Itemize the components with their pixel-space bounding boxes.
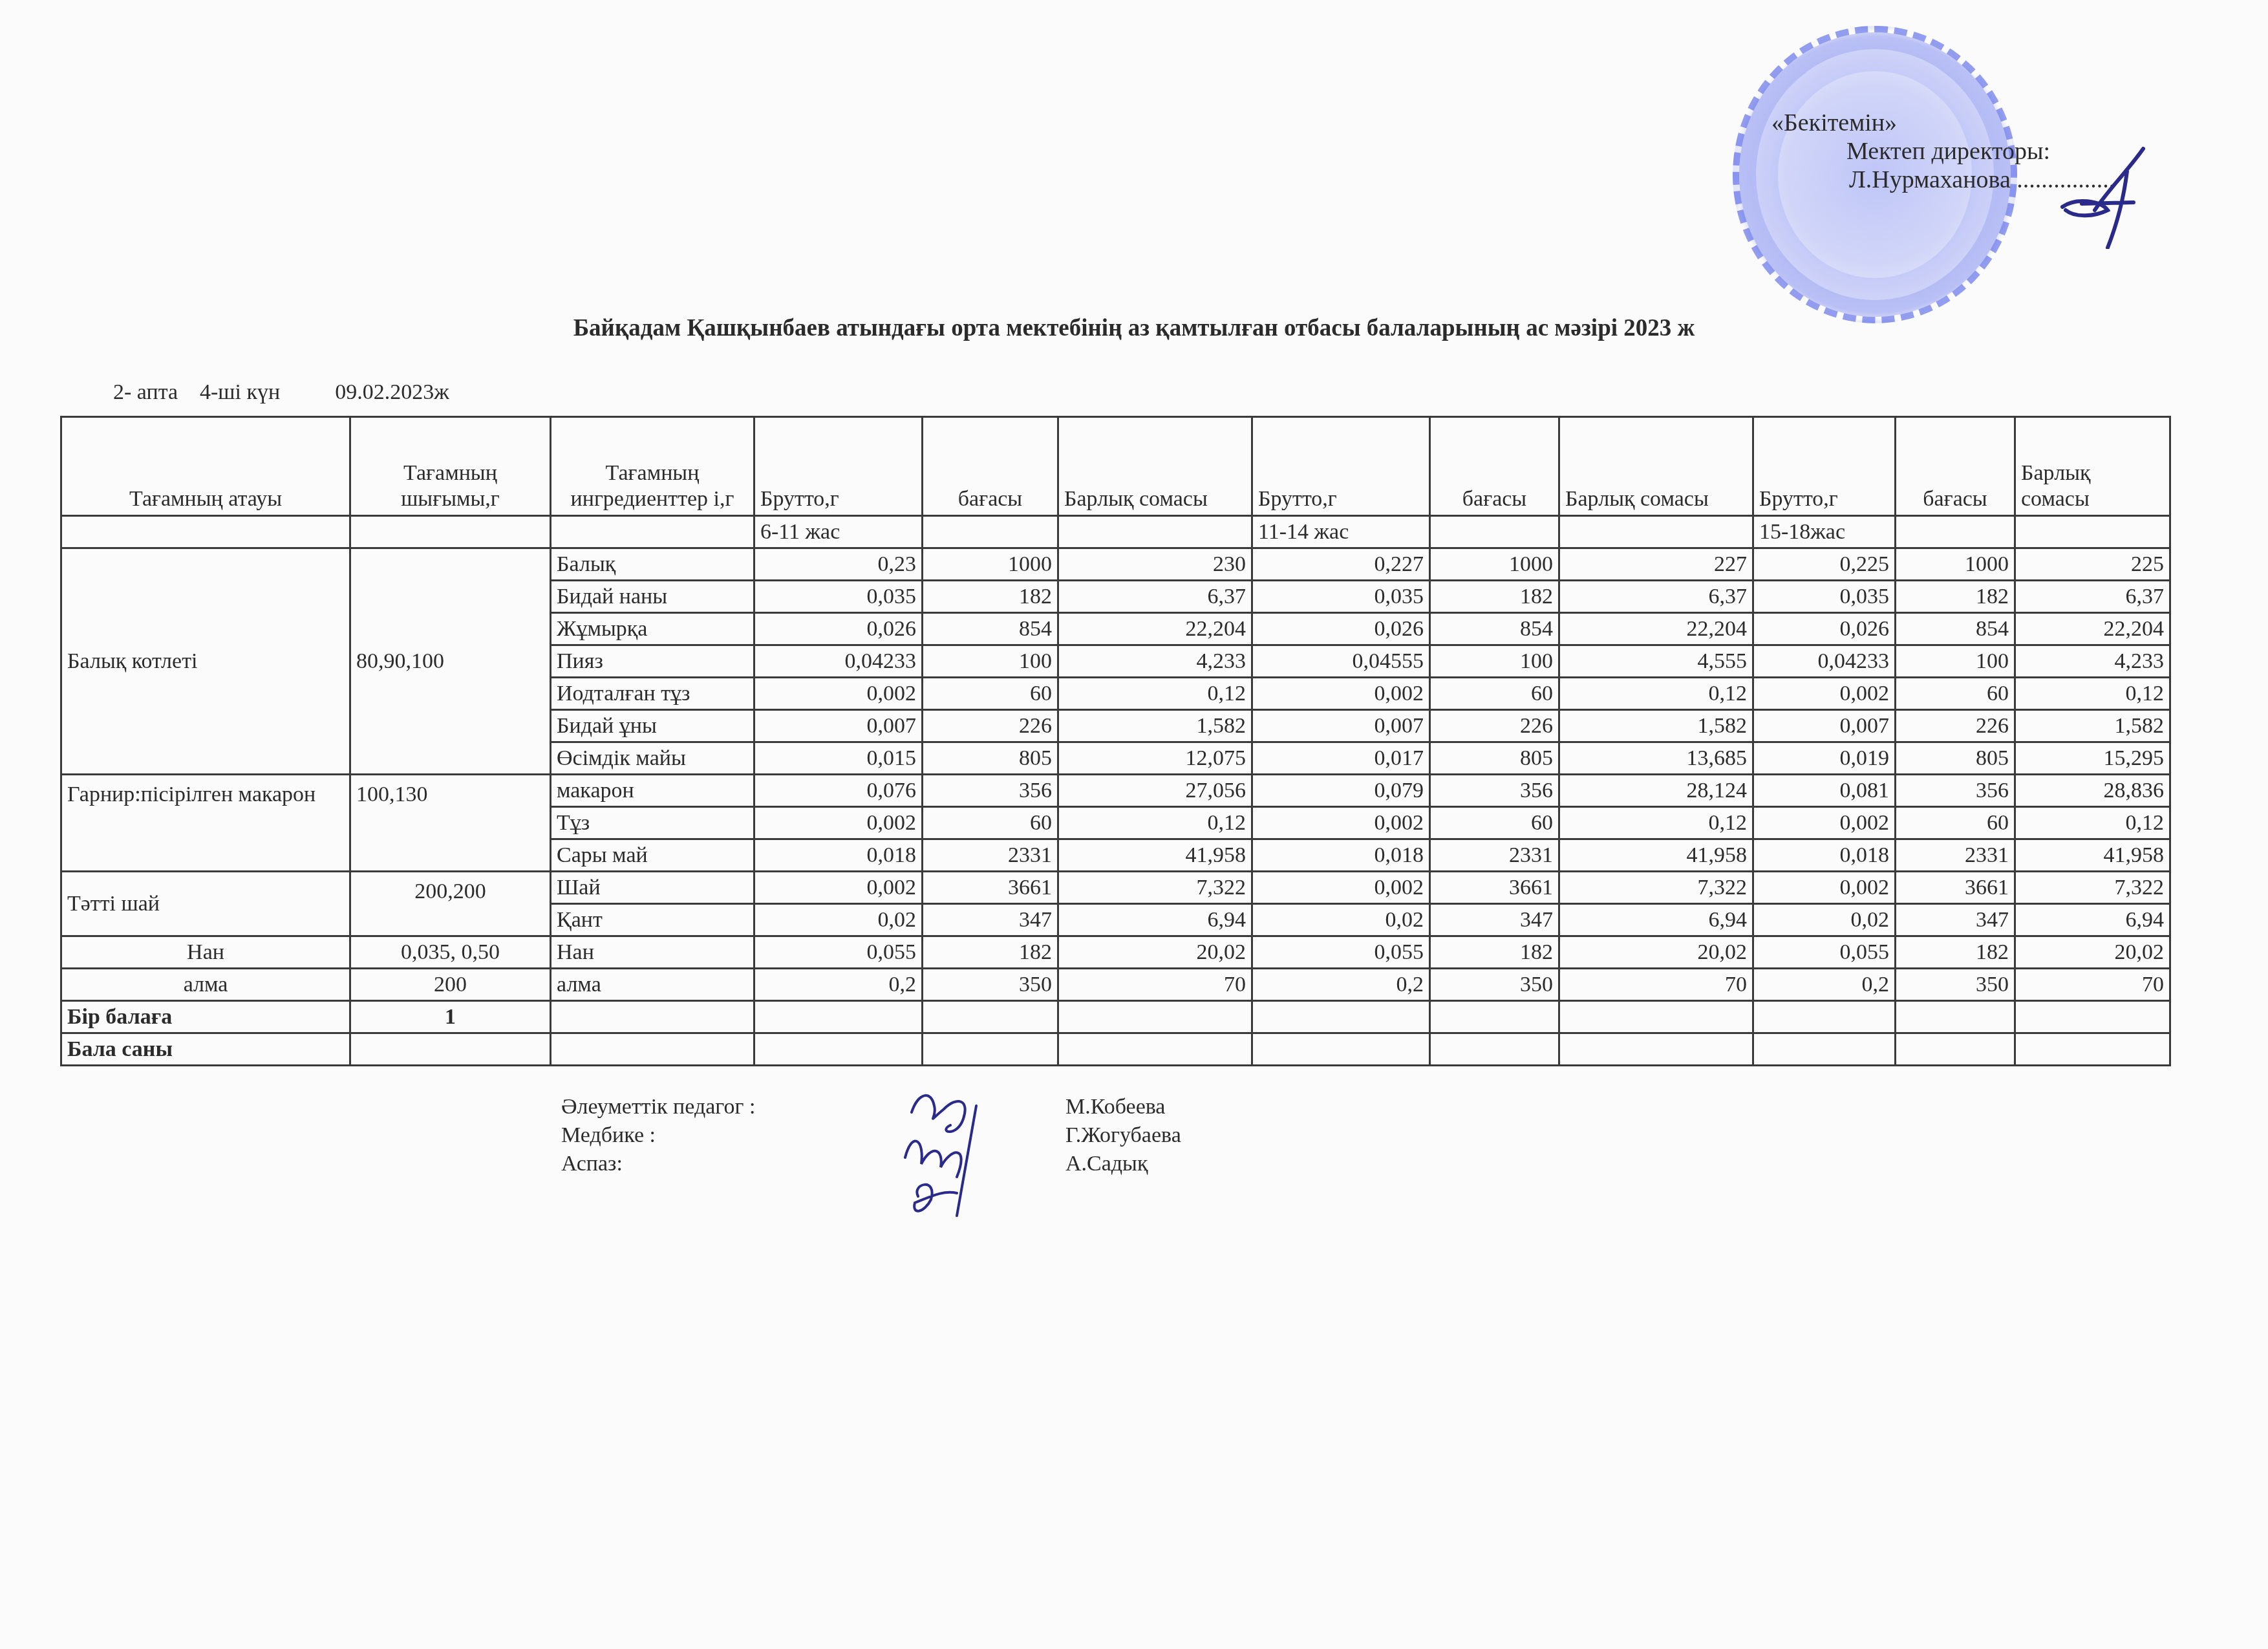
total-sum: 4,233	[2015, 645, 2170, 678]
day-label: 4-ші күн	[200, 380, 280, 404]
ingredient-name: Өсімдік майы	[551, 742, 754, 775]
total-sum: 22,204	[1559, 613, 1753, 645]
empty-cell	[2015, 516, 2170, 548]
signer-role: Медбике :	[561, 1121, 656, 1150]
header-price: бағасы	[923, 417, 1058, 516]
header-total: Барлық сомасы	[1058, 417, 1252, 516]
total-sum: 1,582	[1058, 710, 1252, 742]
total-sum: 20,02	[1559, 936, 1753, 969]
gross-weight: 0,018	[754, 839, 923, 872]
ingredient-name: Бидай наны	[551, 581, 754, 613]
empty-cell	[1559, 1033, 1753, 1066]
unit-price: 182	[1430, 581, 1559, 613]
ingredient-name: Иодталған тұз	[551, 678, 754, 710]
gross-weight: 0,002	[1753, 807, 1896, 839]
date-label: 09.02.2023ж	[335, 380, 449, 404]
unit-price: 2331	[923, 839, 1058, 872]
empty-cell	[1058, 1001, 1252, 1033]
gross-weight: 0,002	[1753, 678, 1896, 710]
total-sum: 6,94	[1559, 904, 1753, 936]
total-sum: 0,12	[1058, 807, 1252, 839]
staff-signatures-icon	[886, 1086, 1002, 1222]
summary-row: Бала саны	[61, 1033, 2170, 1066]
unit-price: 356	[923, 775, 1058, 807]
gross-weight: 0,055	[1252, 936, 1430, 969]
unit-price: 854	[923, 613, 1058, 645]
unit-price: 182	[1896, 581, 2015, 613]
unit-price: 2331	[1430, 839, 1559, 872]
total-sum: 0,12	[1559, 807, 1753, 839]
total-sum: 7,322	[1559, 872, 1753, 904]
gross-weight: 0,002	[1252, 678, 1430, 710]
gross-weight: 0,2	[754, 969, 923, 1001]
gross-weight: 0,2	[1252, 969, 1430, 1001]
signer-name: М.Кобеева	[1065, 1093, 1165, 1121]
unit-price: 350	[1430, 969, 1559, 1001]
week-label: 2- апта	[113, 380, 178, 404]
header-ingredients: Тағамның ингредиенттер і,г	[551, 417, 754, 516]
empty-cell	[61, 516, 350, 548]
total-sum: 6,37	[1058, 581, 1252, 613]
ingredient-name: алма	[551, 969, 754, 1001]
ingredient-name: Пияз	[551, 645, 754, 678]
gross-weight: 0,227	[1252, 548, 1430, 581]
header-price: бағасы	[1896, 417, 2015, 516]
empty-cell	[923, 1001, 1058, 1033]
unit-price: 2331	[1896, 839, 2015, 872]
dish-yield: 200	[350, 969, 551, 1001]
ingredient-name: Тұз	[551, 807, 754, 839]
total-sum: 6,37	[1559, 581, 1753, 613]
empty-cell	[923, 1033, 1058, 1066]
empty-cell	[551, 1033, 754, 1066]
summary-label: Бір балаға	[61, 1001, 350, 1033]
page-title: Байқадам Қашқынбаев атындағы орта мектеб…	[0, 314, 2268, 342]
unit-price: 3661	[1896, 872, 2015, 904]
summary-value	[350, 1033, 551, 1066]
summary-label: Бала саны	[61, 1033, 350, 1066]
total-sum: 6,94	[1058, 904, 1252, 936]
table-row: Гарнир:пісірілген макарон100,130макарон0…	[61, 775, 2170, 807]
total-sum: 41,958	[1559, 839, 1753, 872]
total-sum: 7,322	[2015, 872, 2170, 904]
unit-price: 226	[1430, 710, 1559, 742]
total-sum: 22,204	[1058, 613, 1252, 645]
dish-yield: 100,130	[350, 775, 551, 872]
dish-name: алма	[61, 969, 350, 1001]
gross-weight: 0,035	[754, 581, 923, 613]
total-sum: 1,582	[1559, 710, 1753, 742]
dish-name: Гарнир:пісірілген макарон	[61, 775, 350, 872]
total-sum: 225	[2015, 548, 2170, 581]
unit-price: 100	[1896, 645, 2015, 678]
total-sum: 20,02	[2015, 936, 2170, 969]
unit-price: 226	[923, 710, 1058, 742]
empty-cell	[1753, 1001, 1896, 1033]
gross-weight: 0,002	[754, 678, 923, 710]
gross-weight: 0,018	[1753, 839, 1896, 872]
ingredient-name: Балық	[551, 548, 754, 581]
gross-weight: 0,225	[1753, 548, 1896, 581]
empty-cell	[1896, 1033, 2015, 1066]
empty-cell	[1559, 1001, 1753, 1033]
empty-cell	[1430, 1001, 1559, 1033]
ingredient-name: Нан	[551, 936, 754, 969]
ingredient-name: Жұмырқа	[551, 613, 754, 645]
total-sum: 12,075	[1058, 742, 1252, 775]
gross-weight: 0,02	[754, 904, 923, 936]
unit-price: 350	[923, 969, 1058, 1001]
unit-price: 1000	[1896, 548, 2015, 581]
age-group-label: 15-18жас	[1753, 516, 1896, 548]
age-group-row: 6-11 жас11-14 жас15-18жас	[61, 516, 2170, 548]
gross-weight: 0,04555	[1252, 645, 1430, 678]
ingredient-name: макарон	[551, 775, 754, 807]
signer-name: Г.Жогубаева	[1065, 1121, 1181, 1150]
empty-cell	[551, 1001, 754, 1033]
header-dish-yield: Тағамның шығымы,г	[350, 417, 551, 516]
gross-weight: 0,04233	[1753, 645, 1896, 678]
gross-weight: 0,002	[754, 807, 923, 839]
total-sum: 70	[2015, 969, 2170, 1001]
empty-cell	[1430, 1033, 1559, 1066]
total-sum: 22,204	[2015, 613, 2170, 645]
total-sum: 230	[1058, 548, 1252, 581]
gross-weight: 0,015	[754, 742, 923, 775]
unit-price: 805	[923, 742, 1058, 775]
age-group-label: 6-11 жас	[754, 516, 923, 548]
unit-price: 347	[1430, 904, 1559, 936]
gross-weight: 0,081	[1753, 775, 1896, 807]
empty-cell	[1252, 1033, 1430, 1066]
empty-cell	[754, 1001, 923, 1033]
gross-weight: 0,002	[1753, 872, 1896, 904]
ingredient-name: Бидай ұны	[551, 710, 754, 742]
dish-yield: 80,90,100	[350, 548, 551, 775]
gross-weight: 0,076	[754, 775, 923, 807]
empty-cell	[1058, 1033, 1252, 1066]
header-total: Барлық сомасы	[2015, 417, 2170, 516]
total-sum: 227	[1559, 548, 1753, 581]
total-sum: 41,958	[2015, 839, 2170, 872]
dish-name: Тәтті шай	[61, 872, 350, 936]
unit-price: 3661	[923, 872, 1058, 904]
dish-name: Балық котлеті	[61, 548, 350, 775]
total-sum: 0,12	[1058, 678, 1252, 710]
gross-weight: 0,23	[754, 548, 923, 581]
gross-weight: 0,007	[754, 710, 923, 742]
unit-price: 182	[923, 936, 1058, 969]
signer-name: А.Садық	[1065, 1150, 1148, 1178]
total-sum: 4,555	[1559, 645, 1753, 678]
empty-cell	[2015, 1033, 2170, 1066]
unit-price: 350	[1896, 969, 2015, 1001]
ingredient-name: Сары май	[551, 839, 754, 872]
summary-row: Бір балаға1	[61, 1001, 2170, 1033]
gross-weight: 0,002	[754, 872, 923, 904]
unit-price: 60	[923, 807, 1058, 839]
gross-weight: 0,002	[1252, 807, 1430, 839]
empty-cell	[1753, 1033, 1896, 1066]
unit-price: 356	[1430, 775, 1559, 807]
empty-cell	[1559, 516, 1753, 548]
unit-price: 1000	[923, 548, 1058, 581]
total-sum: 20,02	[1058, 936, 1252, 969]
menu-table: Тағамның атауыТағамның шығымы,гТағамның …	[60, 416, 2171, 1066]
dish-name: Нан	[61, 936, 350, 969]
empty-cell	[754, 1033, 923, 1066]
unit-price: 60	[1896, 678, 2015, 710]
gross-weight: 0,018	[1252, 839, 1430, 872]
header-gross: Брутто,г	[1753, 417, 1896, 516]
summary-value: 1	[350, 1001, 551, 1033]
unit-price: 347	[1896, 904, 2015, 936]
dish-yield: 200,200	[350, 872, 551, 936]
approve-label: «Бекітемін»	[1771, 109, 2115, 137]
empty-cell	[1252, 1001, 1430, 1033]
empty-cell	[1058, 516, 1252, 548]
total-sum: 13,685	[1559, 742, 1753, 775]
table-row: Балық котлеті80,90,100Балық0,2310002300,…	[61, 548, 2170, 581]
empty-cell	[2015, 1001, 2170, 1033]
unit-price: 356	[1896, 775, 2015, 807]
unit-price: 805	[1430, 742, 1559, 775]
unit-price: 182	[1896, 936, 2015, 969]
gross-weight: 0,007	[1252, 710, 1430, 742]
total-sum: 0,12	[2015, 807, 2170, 839]
total-sum: 7,322	[1058, 872, 1252, 904]
gross-weight: 0,035	[1753, 581, 1896, 613]
total-sum: 1,582	[2015, 710, 2170, 742]
header-row: Тағамның атауыТағамның шығымы,гТағамның …	[61, 417, 2170, 516]
gross-weight: 0,035	[1252, 581, 1430, 613]
total-sum: 41,958	[1058, 839, 1252, 872]
gross-weight: 0,026	[754, 613, 923, 645]
unit-price: 60	[1430, 807, 1559, 839]
unit-price: 854	[1896, 613, 2015, 645]
gross-weight: 0,02	[1252, 904, 1430, 936]
total-sum: 70	[1058, 969, 1252, 1001]
date-line: 2- апта 4-ші күн 09.02.2023ж	[113, 380, 449, 405]
dish-yield: 0,035, 0,50	[350, 936, 551, 969]
header-gross: Брутто,г	[754, 417, 923, 516]
ingredient-name: Қант	[551, 904, 754, 936]
unit-price: 60	[1896, 807, 2015, 839]
unit-price: 805	[1896, 742, 2015, 775]
unit-price: 182	[1430, 936, 1559, 969]
unit-price: 182	[923, 581, 1058, 613]
empty-cell	[1896, 1001, 2015, 1033]
unit-price: 854	[1430, 613, 1559, 645]
gross-weight: 0,019	[1753, 742, 1896, 775]
total-sum: 0,12	[2015, 678, 2170, 710]
gross-weight: 0,002	[1252, 872, 1430, 904]
gross-weight: 0,055	[754, 936, 923, 969]
total-sum: 6,37	[2015, 581, 2170, 613]
unit-price: 100	[1430, 645, 1559, 678]
header-dish-name: Тағамның атауы	[61, 417, 350, 516]
total-sum: 0,12	[1559, 678, 1753, 710]
total-sum: 28,124	[1559, 775, 1753, 807]
unit-price: 3661	[1430, 872, 1559, 904]
table-row: Тәтті шай200,200Шай0,00236617,3220,00236…	[61, 872, 2170, 904]
unit-price: 347	[923, 904, 1058, 936]
total-sum: 6,94	[2015, 904, 2170, 936]
signer-role: Аспаз:	[561, 1150, 623, 1178]
gross-weight: 0,2	[1753, 969, 1896, 1001]
signer-role: Әлеуметтік педагог :	[561, 1093, 755, 1121]
gross-weight: 0,079	[1252, 775, 1430, 807]
empty-cell	[923, 516, 1058, 548]
total-sum: 70	[1559, 969, 1753, 1001]
total-sum: 4,233	[1058, 645, 1252, 678]
total-sum: 28,836	[2015, 775, 2170, 807]
table-row: Нан0,035, 0,50Нан0,05518220,020,05518220…	[61, 936, 2170, 969]
gross-weight: 0,017	[1252, 742, 1430, 775]
unit-price: 60	[1430, 678, 1559, 710]
header-price: бағасы	[1430, 417, 1559, 516]
director-signature-icon	[2056, 145, 2153, 249]
gross-weight: 0,007	[1753, 710, 1896, 742]
unit-price: 226	[1896, 710, 2015, 742]
unit-price: 100	[923, 645, 1058, 678]
ingredient-name: Шай	[551, 872, 754, 904]
gross-weight: 0,026	[1753, 613, 1896, 645]
header-gross: Брутто,г	[1252, 417, 1430, 516]
empty-cell	[1896, 516, 2015, 548]
gross-weight: 0,055	[1753, 936, 1896, 969]
total-sum: 27,056	[1058, 775, 1252, 807]
table-row: алма200алма0,2350700,2350700,235070	[61, 969, 2170, 1001]
total-sum: 15,295	[2015, 742, 2170, 775]
empty-cell	[551, 516, 754, 548]
unit-price: 60	[923, 678, 1058, 710]
header-total: Барлық сомасы	[1559, 417, 1753, 516]
empty-cell	[350, 516, 551, 548]
gross-weight: 0,02	[1753, 904, 1896, 936]
unit-price: 1000	[1430, 548, 1559, 581]
empty-cell	[1430, 516, 1559, 548]
gross-weight: 0,04233	[754, 645, 923, 678]
age-group-label: 11-14 жас	[1252, 516, 1430, 548]
gross-weight: 0,026	[1252, 613, 1430, 645]
